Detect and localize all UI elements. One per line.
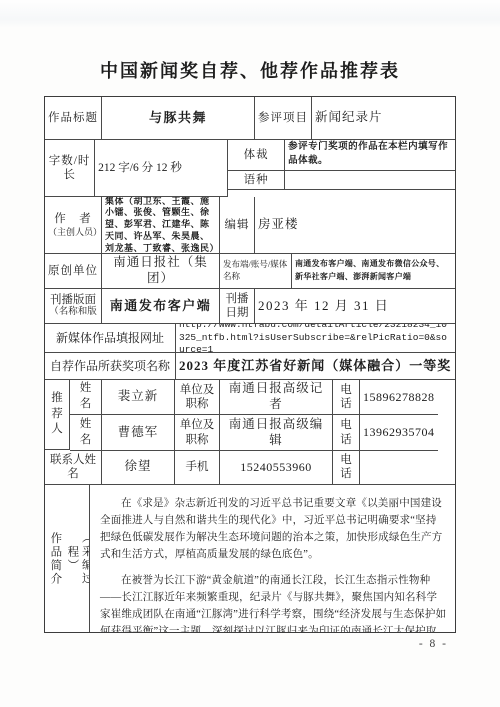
language-label: 语种 — [228, 171, 285, 190]
intro-paragraph: 在被誉为长江下游“黄金航道”的南通长江段，长江生态指示性物种——长江江豚近年来频… — [100, 572, 447, 632]
rec1-phone-label: 电话 — [333, 380, 360, 415]
intro-label-left: 作品简介 — [48, 532, 62, 586]
contact-name: 徐望 — [102, 450, 175, 485]
original-unit-value: 南通日报社（集团） — [102, 254, 220, 289]
work-title-label: 作品标题 — [45, 97, 102, 140]
contact-mobile-label: 手机 — [175, 450, 220, 485]
author-sublabel: （主创人员） — [48, 227, 98, 238]
recommendation-form-table: 作品标题 与豚共舞 参评项目 新闻纪录片 字数/时长 212 字/6 分 12 … — [44, 96, 456, 633]
recommenders-label-cell: 推荐人 — [45, 380, 70, 450]
url-value: http://www.ntfabu.com/detailArticle/2321… — [176, 324, 455, 353]
publish-page-value: 南通发布客户端 — [102, 289, 220, 324]
rec1-phone: 15896278828 — [360, 380, 438, 415]
url-label: 新媒体作品填报网址 — [45, 324, 176, 353]
intro-paragraph: 在《求是》杂志新近刊发的习近平总书记重要文章《以美丽中国建设全面推进人与自然和谐… — [100, 495, 447, 563]
recommenders-rows: 姓名 裴立新 单位及职称 南通日报高级记者 电话 15896278828 姓名 … — [70, 380, 438, 450]
entry-category-label: 参评项目 — [255, 97, 312, 140]
intro-body: 在《求是》杂志新近刊发的习近平总书记重要文章《以美丽中国建设全面推进人与自然和谐… — [90, 485, 455, 632]
contact-phone-label: 电话 — [333, 450, 360, 485]
row-contact: 联系人姓名 徐望 手机 15240553960 电话 — [45, 450, 455, 485]
intro-label-right: （采编过程） — [65, 522, 90, 596]
award-value: 2023 年度江苏省好新闻（媒体融合）一等奖 — [176, 353, 455, 380]
row-author: 作 者 （主创人员） 集体（胡卫东、王霞、施小镭、张俊、管颗生、徐望、彭军君、江… — [45, 197, 455, 254]
rec2-name: 曹德军 — [102, 415, 175, 451]
row-original-unit: 原创单位 南通日报社（集团） 发布端/账号/媒体名称 南通发布客户端、南通发布微… — [45, 254, 455, 289]
rec2-name-label-cell: 姓名 — [70, 415, 102, 451]
award-label: 自荐作品所获奖项名称 — [45, 353, 176, 380]
contact-phone — [360, 450, 455, 485]
platform-label: 发布端/账号/媒体名称 — [220, 254, 292, 289]
recommender-row: 姓名 裴立新 单位及职称 南通日报高级记者 电话 15896278828 — [70, 380, 438, 415]
publish-page-label: 刊播版面 — [50, 293, 96, 307]
editor-label: 编辑 — [220, 197, 255, 254]
row-award: 自荐作品所获奖项名称 2023 年度江苏省好新闻（媒体融合）一等奖 — [45, 353, 455, 380]
row-length-genre: 字数/时长 212 字/6 分 12 秒 体裁 参评专门奖项的作品在本栏内填写作… — [45, 140, 455, 197]
rec1-name-label: 姓名 — [79, 381, 91, 412]
author-names: 集体（胡卫东、王霞、施小镭、张俊、管颗生、徐望、彭军君、江建华、陈天同、许丛军、… — [102, 197, 220, 254]
genre-language-block: 体裁 参评专门奖项的作品在本栏内填写作品体裁。 语种 — [228, 140, 455, 197]
entry-category-value: 新闻纪录片 — [312, 97, 455, 140]
rec1-unit: 南通日报高级记者 — [220, 380, 333, 415]
page-title: 中国新闻奖自荐、他荐作品推荐表 — [0, 57, 500, 83]
intro-label-cell: 作品简介 （采编过程） — [45, 485, 90, 632]
original-unit-label: 原创单位 — [45, 254, 102, 289]
row-language: 语种 — [228, 171, 455, 190]
rec2-phone: 13962935704 — [360, 415, 438, 451]
length-label: 字数/时长 — [45, 140, 95, 197]
editor-value: 房亚楼 — [255, 197, 455, 254]
row-work-title: 作品标题 与豚共舞 参评项目 新闻纪录片 — [45, 97, 455, 140]
row-intro: 作品简介 （采编过程） 在《求是》杂志新近刊发的习近平总书记重要文章《以美丽中国… — [45, 485, 455, 632]
recommender-row: 姓名 曹德军 单位及职称 南通日报高级编辑 电话 13962935704 — [70, 415, 438, 451]
page-number: - 8 - — [419, 638, 448, 650]
author-label: 作 者 — [54, 212, 92, 226]
rec2-phone-label: 电话 — [333, 415, 360, 451]
rec1-name-label-cell: 姓名 — [70, 380, 102, 415]
recommenders-block: 推荐人 姓名 裴立新 单位及职称 南通日报高级记者 电话 15896278828… — [45, 380, 455, 450]
recommenders-label: 推荐人 — [51, 391, 63, 438]
publish-date-label: 刊播日期 — [220, 289, 255, 324]
row-genre: 体裁 参评专门奖项的作品在本栏内填写作品体裁。 — [228, 140, 455, 171]
platform-value: 南通发布客户端、南通发布微信公众号、新华社客户端、澎湃新闻客户端 — [292, 254, 455, 289]
rec2-name-label: 姓名 — [79, 417, 91, 448]
publish-date-value: 2023 年 12 月 31 日 — [255, 289, 455, 324]
row-publish: 刊播版面 （名称和版 南通发布客户端 刊播日期 2023 年 12 月 31 日 — [45, 289, 455, 324]
work-title-value: 与豚共舞 — [102, 97, 255, 140]
contact-label: 联系人姓名 — [45, 450, 102, 485]
row-url: 新媒体作品填报网址 http://www.ntfabu.com/detailAr… — [45, 324, 455, 353]
author-label-cell: 作 者 （主创人员） — [45, 197, 102, 254]
length-value: 212 字/6 分 12 秒 — [95, 140, 228, 197]
rec1-unit-label: 单位及职称 — [175, 380, 220, 415]
contact-mobile: 15240553960 — [220, 450, 333, 485]
rec2-unit-label: 单位及职称 — [175, 415, 220, 451]
publish-page-sublabel: （名称和版 — [49, 307, 97, 319]
scan-artifact — [0, 0, 500, 28]
genre-label: 体裁 — [228, 140, 285, 171]
rec1-name: 裴立新 — [102, 380, 175, 415]
rec2-unit: 南通日报高级编辑 — [220, 415, 333, 451]
publish-page-label-cell: 刊播版面 （名称和版 — [45, 289, 102, 324]
language-value — [285, 171, 455, 190]
genre-note: 参评专门奖项的作品在本栏内填写作品体裁。 — [285, 140, 455, 171]
